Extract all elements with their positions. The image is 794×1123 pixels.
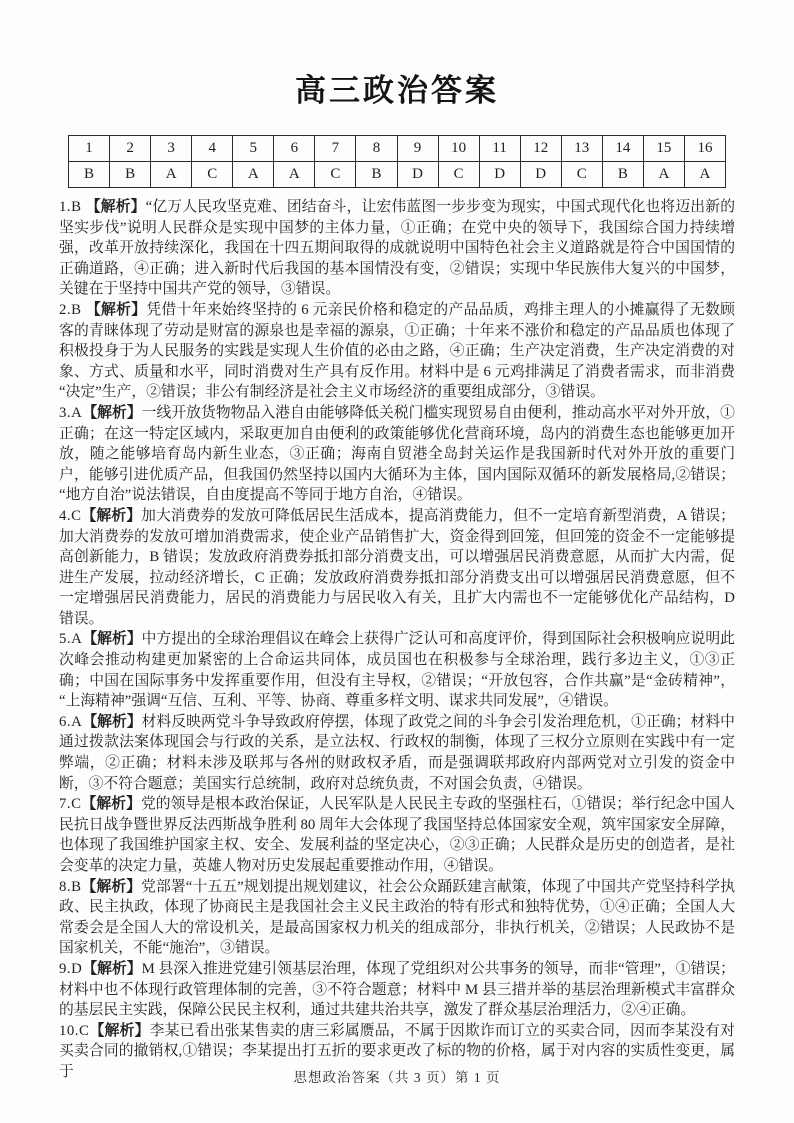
- answer-letter-cell: A: [151, 162, 192, 188]
- explanation-item: 2.B 【解析】凭借十年来始终坚持的 6 元亲民价格和稳定的产品品质，鸡排主理人…: [59, 300, 735, 403]
- analysis-marker: 【解析】: [82, 714, 141, 730]
- analysis-marker: 【解析】: [86, 199, 146, 215]
- answer-key-table-body: 12345678910111213141516 BBACAACBDCDDCBAA: [69, 136, 726, 188]
- explanation-text: 中方提出的全球治理倡议在峰会上获得广泛认可和高度评价，得到国际社会积极响应说明此…: [59, 631, 735, 709]
- question-number-cell: 14: [602, 136, 643, 162]
- question-number-cell: 11: [479, 136, 520, 162]
- answer-key-table: 12345678910111213141516 BBACAACBDCDDCBAA: [68, 135, 726, 188]
- analysis-marker: 【解析】: [81, 796, 140, 812]
- explanation-text: 凭借十年来始终坚持的 6 元亲民价格和稳定的产品品质，鸡排主理人的小摊赢得了无数…: [59, 302, 735, 400]
- answer-letter-cell: D: [479, 162, 520, 188]
- answer-letter-cell: A: [643, 162, 684, 188]
- explanation-item: 9.D【解析】M 县深入推进党建引领基层治理，体现了党组织对公共事务的领导，而非…: [59, 959, 735, 1021]
- question-number-cell: 9: [397, 136, 438, 162]
- answer-letter-cell: A: [274, 162, 315, 188]
- question-number-row: 12345678910111213141516: [69, 136, 726, 162]
- question-number-cell: 4: [192, 136, 233, 162]
- analysis-marker: 【解析】: [89, 1023, 149, 1039]
- explanation-text: 党部署“十五五”规划提出规划建议，社会公众踊跃建言献策，体现了中国共产党坚持科学…: [59, 879, 735, 957]
- explanation-id: 5.A: [59, 631, 82, 647]
- question-number-cell: 3: [151, 136, 192, 162]
- explanation-item: 3.A【解析】一线开放货物物品入港自由能够降低关税门槛实现贸易自由便利，推动高水…: [59, 403, 735, 506]
- question-number-cell: 7: [315, 136, 356, 162]
- page-footer: 思想政治答案（共 3 页）第 1 页: [0, 1066, 794, 1086]
- explanation-item: 6.A【解析】材料反映两党斗争导致政府停摆，体现了政党之间的斗争会引发治理危机，…: [59, 712, 735, 794]
- explanation-id: 3.A: [59, 405, 82, 421]
- explanation-text: 材料反映两党斗争导致政府停摆，体现了政党之间的斗争会引发治理危机，①正确；材料中…: [59, 714, 735, 792]
- explanation-item: 5.A【解析】中方提出的全球治理倡议在峰会上获得广泛认可和高度评价，得到国际社会…: [59, 629, 735, 711]
- question-number-cell: 13: [561, 136, 602, 162]
- answer-letter-cell: C: [315, 162, 356, 188]
- answer-letter-cell: B: [356, 162, 397, 188]
- explanation-id: 6.A: [59, 714, 82, 730]
- question-number-cell: 15: [643, 136, 684, 162]
- explanation-item: 4.C【解析】加大消费券的发放可降低居民生活成本，提高消费能力，但不一定培育新型…: [59, 506, 735, 630]
- explanation-id: 4.C: [59, 508, 81, 524]
- explanation-text: 党的领导是根本政治保证，人民军队是人民民主专政的坚强柱石，①错误；举行纪念中国人…: [59, 796, 735, 874]
- analysis-marker: 【解析】: [82, 961, 141, 977]
- analysis-marker: 【解析】: [81, 879, 141, 895]
- explanation-id: 10.C: [59, 1023, 89, 1039]
- explanation-id: 2.B: [59, 302, 86, 318]
- answer-sheet-page: 高三政治答案 12345678910111213141516 BBACAACBD…: [0, 0, 794, 1123]
- answer-letter-cell: D: [520, 162, 561, 188]
- question-number-cell: 2: [110, 136, 151, 162]
- answer-letter-cell: A: [684, 162, 725, 188]
- explanation-item: 8.B【解析】党部署“十五五”规划提出规划建议，社会公众踊跃建言献策，体现了中国…: [59, 877, 735, 959]
- answer-letter-cell: B: [69, 162, 110, 188]
- analysis-marker: 【解析】: [86, 302, 146, 318]
- explanation-id: 7.C: [59, 796, 81, 812]
- explanation-id: 1.B: [59, 199, 86, 215]
- question-number-cell: 5: [233, 136, 274, 162]
- explanation-text: 一线开放货物物品入港自由能够降低关税门槛实现贸易自由便利，推动高水平对外开放，①…: [59, 405, 735, 503]
- explanation-item: 1.B 【解析】“亿万人民攻坚克难、团结奋斗，让宏伟蓝图一步步变为现实，中国式现…: [59, 197, 735, 300]
- page-title: 高三政治答案: [0, 72, 794, 110]
- answer-letter-cell: C: [561, 162, 602, 188]
- answer-letter-cell: D: [397, 162, 438, 188]
- question-number-cell: 10: [438, 136, 479, 162]
- explanation-id: 9.D: [59, 961, 82, 977]
- explanations-section: 1.B 【解析】“亿万人民攻坚克难、团结奋斗，让宏伟蓝图一步步变为现实，中国式现…: [59, 197, 735, 1083]
- question-number-cell: 12: [520, 136, 561, 162]
- question-number-cell: 6: [274, 136, 315, 162]
- question-number-cell: 16: [684, 136, 725, 162]
- answer-letter-cell: A: [233, 162, 274, 188]
- question-number-cell: 8: [356, 136, 397, 162]
- explanation-id: 8.B: [59, 879, 81, 895]
- analysis-marker: 【解析】: [82, 405, 141, 421]
- explanation-item: 7.C【解析】党的领导是根本政治保证，人民军队是人民民主专政的坚强柱石，①错误；…: [59, 794, 735, 876]
- answer-letter-cell: B: [602, 162, 643, 188]
- answer-letter-cell: C: [192, 162, 233, 188]
- explanation-text: 加大消费券的发放可降低居民生活成本，提高消费能力，但不一定培育新型消费，A 错误…: [59, 508, 735, 627]
- analysis-marker: 【解析】: [81, 508, 141, 524]
- answer-letter-cell: B: [110, 162, 151, 188]
- question-number-cell: 1: [69, 136, 110, 162]
- answer-letter-row: BBACAACBDCDDCBAA: [69, 162, 726, 188]
- analysis-marker: 【解析】: [82, 631, 141, 647]
- explanation-text: “亿万人民攻坚克难、团结奋斗，让宏伟蓝图一步步变为现实，中国式现代化也将迈出新的…: [59, 199, 735, 297]
- explanation-text: M 县深入推进党建引领基层治理，体现了党组织对公共事务的领导，而非“管理”，①错…: [59, 961, 735, 1018]
- answer-letter-cell: C: [438, 162, 479, 188]
